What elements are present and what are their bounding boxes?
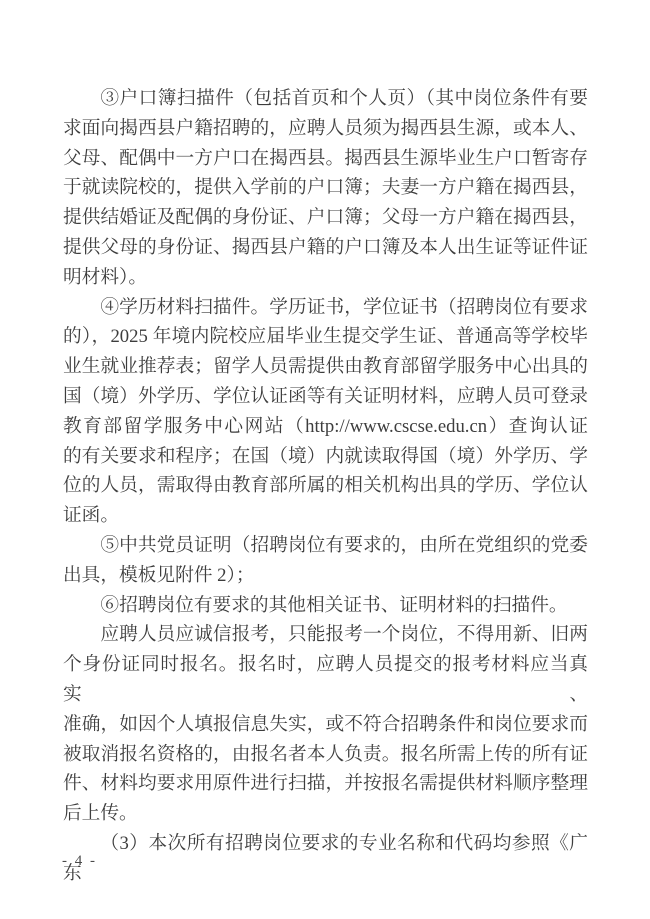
text-line: 提供父母的身份证、揭西县户籍的户口簿及本人出生证等证件证 xyxy=(63,233,588,263)
text-line: 业生就业推荐表；留学人员需提供由教育部留学服务中心出具的 xyxy=(63,352,588,382)
text-line: ④学历材料扫描件。学历证书，学位证书（招聘岗位有要求 xyxy=(63,293,588,323)
text-line: 于就读院校的，提供入学前的户口簿；夫妻一方户籍在揭西县， xyxy=(63,173,588,203)
text-line: （3）本次所有招聘岗位要求的专业名称和代码均参照《广东 xyxy=(63,829,588,889)
document-page: ③户口簿扫描件（包括首页和个人页）（其中岗位条件有要求面向揭西县户籍招聘的，应聘… xyxy=(0,0,650,919)
text-line: 国（境）外学历、学位认证函等有关证明材料，应聘人员可登录 xyxy=(63,382,588,412)
text-line: 的有关要求和程序；在国（境）内就读取得国（境）外学历、学 xyxy=(63,442,588,472)
text-line: 应聘人员应诚信报考，只能报考一个岗位，不得用新、旧两 xyxy=(63,620,588,650)
text-line: 后上传。 xyxy=(63,799,588,829)
text-line: 父母、配偶中一方户口在揭西县。揭西县生源毕业生户口暂寄存 xyxy=(63,144,588,174)
text-line: 求面向揭西县户籍招聘的，应聘人员须为揭西县生源，或本人、 xyxy=(63,114,588,144)
text-line: ⑥招聘岗位有要求的其他相关证书、证明材料的扫描件。 xyxy=(63,591,588,621)
text-line: 出具，模板见附件 2）； xyxy=(63,561,588,591)
text-line: ③户口簿扫描件（包括首页和个人页）（其中岗位条件有要 xyxy=(63,84,588,114)
text-line: 证函。 xyxy=(63,501,588,531)
text-line: 个身份证同时报名。报名时，应聘人员提交的报考材料应当真实、 xyxy=(63,650,588,710)
text-line: 的），2025 年境内院校应届毕业生提交学生证、普通高等学校毕 xyxy=(63,322,588,352)
document-body: ③户口簿扫描件（包括首页和个人页）（其中岗位条件有要求面向揭西县户籍招聘的，应聘… xyxy=(63,84,588,889)
text-line: 提供结婚证及配偶的身份证、户口簿；父母一方户籍在揭西县， xyxy=(63,203,588,233)
text-line: 被取消报名资格的，由报名者本人负责。报名所需上传的所有证 xyxy=(63,740,588,770)
text-line: 准确，如因个人填报信息失实，或不符合招聘条件和岗位要求而 xyxy=(63,710,588,740)
text-line: 位的人员，需取得由教育部所属的相关机构出具的学历、学位认 xyxy=(63,471,588,501)
text-line: ⑤中共党员证明（招聘岗位有要求的，由所在党组织的党委 xyxy=(63,531,588,561)
text-line: 明材料）。 xyxy=(63,263,588,293)
text-line: 教育部留学服务中心网站（http://www.cscse.edu.cn）查询认证 xyxy=(63,412,588,442)
text-line: 件、材料均要求用原件进行扫描，并按报名需提供材料顺序整理 xyxy=(63,769,588,799)
page-number: - 4 - xyxy=(62,850,97,872)
